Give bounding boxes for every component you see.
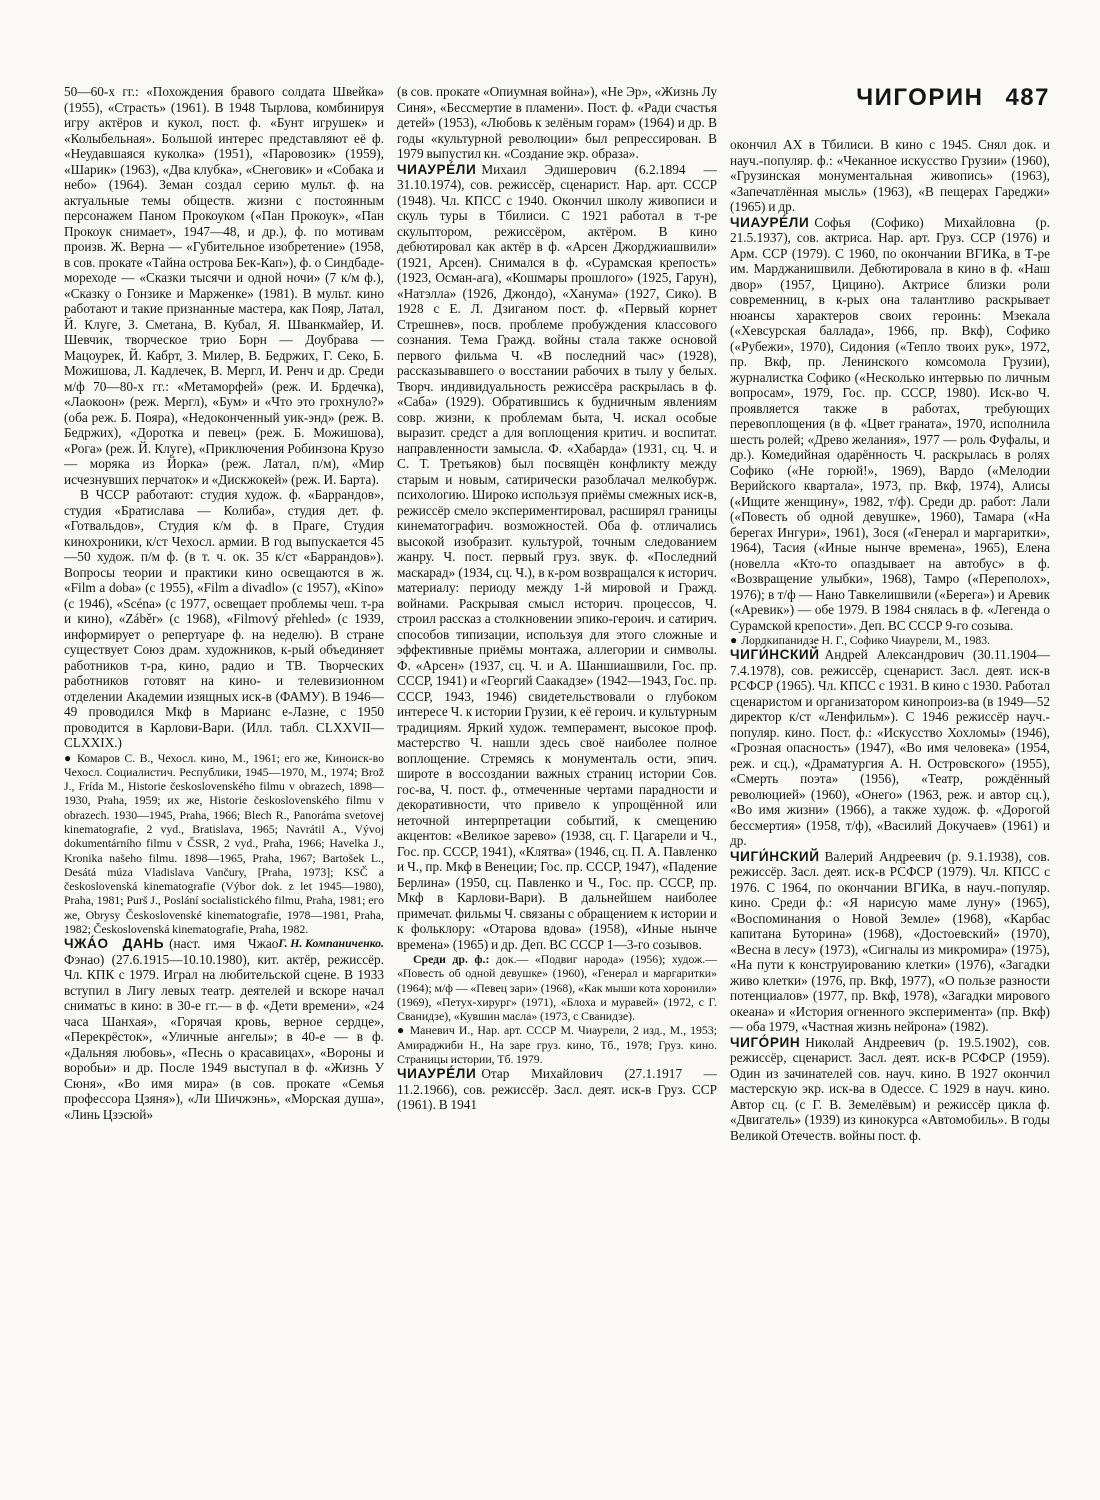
entry-text: Николай Андреевич (р. 19.5.1902), сов. р… xyxy=(730,1035,1050,1143)
entry-headword: ЧИАУРЕ́ЛИ xyxy=(730,215,809,230)
column-2: (в сов. прокате «Опиумная война»), «Не Э… xyxy=(397,84,717,1429)
paragraph-continuation: 50—60-х гг.: «Похождения бравого солдата… xyxy=(64,84,384,487)
entry-text: Михаил Эдишерович (6.2.1894 — 31.10.1974… xyxy=(397,162,717,952)
bibliography: ●Комаров С. В., Чехосл. кино, М., 1961; … xyxy=(64,751,384,937)
filmography-lead: Среди др. ф.: xyxy=(413,952,489,966)
entry-headword: ЧЖА́О ДАНЬ xyxy=(64,936,164,951)
bibliography-bullet-icon: ● xyxy=(397,1023,406,1037)
running-head-title: ЧИГОРИН xyxy=(856,85,983,111)
entry-text: Андрей Александрович (30.11.1904—7.4.197… xyxy=(730,647,1050,848)
bibliography-text: Маневич И., Нар. арт. СССР М. Чиаурели, … xyxy=(397,1023,717,1066)
column-3: ЧИГОРИН 487 окончил АХ в Тбилиси. В кино… xyxy=(730,84,1050,1429)
text-columns: 50—60-х гг.: «Похождения бравого солдата… xyxy=(64,84,1050,1429)
entry-headword: ЧИАУРЕ́ЛИ xyxy=(397,1066,476,1081)
bibliography: ●Маневич И., Нар. арт. СССР М. Чиаурели,… xyxy=(397,1023,717,1066)
column-1: 50—60-х гг.: «Похождения бравого солдата… xyxy=(64,84,384,1429)
bibliography-bullet-icon: ● xyxy=(64,751,73,765)
paragraph-continuation: окончил АХ в Тбилиси. В кино с 1945. Сня… xyxy=(730,137,1050,215)
entry-text: Софья (Софико) Михайловна (р. 21.5.1937)… xyxy=(730,215,1050,633)
running-head: ЧИГОРИН 487 xyxy=(730,84,1050,111)
paragraph-continuation: (в сов. прокате «Опиумная война»), «Не Э… xyxy=(397,84,717,162)
bibliography-text: Лордкипанидзе Н. Г., Софико Чиаурели, М.… xyxy=(741,633,990,647)
author-signature: Г. Н. Компаниченко. xyxy=(278,936,384,950)
entry-chiaureli-otar: ЧИАУРЕ́ЛИОтар Михайлович (27.1.1917 — 11… xyxy=(397,1066,717,1113)
entry-headword: ЧИАУРЕ́ЛИ xyxy=(397,162,476,177)
entry-headword: ЧИГО́РИН xyxy=(730,1035,800,1050)
bibliography-text: Комаров С. В., Чехосл. кино, М., 1961; е… xyxy=(64,751,384,937)
entry-chiaureli-mikhail: ЧИАУРЕ́ЛИМихаил Эдишерович (6.2.1894 — 3… xyxy=(397,162,717,953)
entry-text: (наст. имя Чжао Фэнао) (27.6.1915—10.10.… xyxy=(64,936,384,1122)
entry-chigorin-nikolay: ЧИГО́РИННиколай Андреевич (р. 19.5.1902)… xyxy=(730,1035,1050,1144)
entry-chiginsky-andrey: ЧИГИ́НСКИЙАндрей Александрович (30.11.19… xyxy=(730,647,1050,849)
entry-headword: ЧИГИ́НСКИЙ xyxy=(730,647,820,662)
filmography: Среди др. ф.: док.— «Подвиг народа» (195… xyxy=(397,952,717,1023)
entry-chiginsky-valery: ЧИГИ́НСКИЙВалерий Андреевич (р. 9.1.1938… xyxy=(730,849,1050,1035)
entry-headword: ЧИГИ́НСКИЙ xyxy=(730,849,820,864)
encyclopedia-page: 50—60-х гг.: «Похождения бравого солдата… xyxy=(0,0,1100,1500)
entry-text: Валерий Андреевич (р. 9.1.1938), сов. ре… xyxy=(730,849,1050,1035)
bibliography: ●Лордкипанидзе Н. Г., Софико Чиаурели, М… xyxy=(730,633,1050,647)
paragraph-chssr-studios: В ЧССР работают: студия худож. ф. «Барра… xyxy=(64,487,384,751)
entry-chzhao-dan: ЧЖА́О ДАНЬ(наст. имя Чжао Фэнао) (27.6.1… xyxy=(64,936,384,1122)
entry-chiaureli-sofya: ЧИАУРЕ́ЛИСофья (Софико) Михайловна (р. 2… xyxy=(730,215,1050,634)
running-head-page-number: 487 xyxy=(1005,85,1050,111)
bibliography-bullet-icon: ● xyxy=(730,633,737,647)
